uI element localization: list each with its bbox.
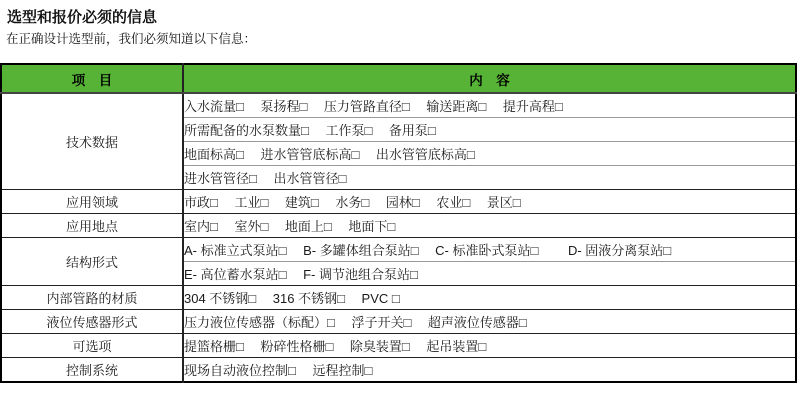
header-cell-item: 项 目 (1, 64, 183, 93)
content-line: 进水管管径□ 出水管管径□ (183, 166, 796, 190)
content-line: 所需配备的水泵数量□ 工作泵□ 备用泵□ (183, 118, 796, 142)
table-row: 液位传感器形式 压力液位传感器（标配）□ 浮子开关□ 超声液位传感器□ (1, 310, 796, 334)
row-label-application-site: 应用地点 (1, 214, 183, 238)
header-cell-content: 内 容 (183, 64, 796, 93)
content-line: 地面标高□ 进水管管底标高□ 出水管管底标高□ (183, 142, 796, 166)
row-label-technical-data: 技术数据 (1, 93, 183, 190)
row-label-internal-pipe-material: 内部管路的材质 (1, 286, 183, 310)
table-row: 应用地点 室内□ 室外□ 地面上□ 地面下□ (1, 214, 796, 238)
content-line: 提篮格栅□ 粉碎性格栅□ 除臭装置□ 起吊装置□ (183, 334, 796, 358)
content-line: 压力液位传感器（标配）□ 浮子开关□ 超声液位传感器□ (183, 310, 796, 334)
table-header-row: 项 目 内 容 (1, 64, 796, 93)
content-line: 室内□ 室外□ 地面上□ 地面下□ (183, 214, 796, 238)
page-title: 选型和报价必须的信息 (7, 6, 800, 27)
content-line: A- 标准立式泵站□ B- 多罐体组合泵站□ C- 标准卧式泵站□ D- 固液分… (183, 238, 796, 262)
table-row: 控制系统 现场自动液位控制□ 远程控制□ (1, 358, 796, 383)
row-label-control-system: 控制系统 (1, 358, 183, 383)
table-row: 应用领域 市政□ 工业□ 建筑□ 水务□ 园林□ 农业□ 景区□ (1, 190, 796, 214)
page-subtitle: 在正确设计选型前，我们必须知道以下信息： (6, 29, 800, 47)
content-line: 市政□ 工业□ 建筑□ 水务□ 园林□ 农业□ 景区□ (183, 190, 796, 214)
row-label-structure-type: 结构形式 (1, 238, 183, 286)
table-row: 技术数据 入水流量□ 泵扬程□ 压力管路直径□ 输送距离□ 提升高程□ (1, 93, 796, 118)
selection-info-table: 项 目 内 容 技术数据 入水流量□ 泵扬程□ 压力管路直径□ 输送距离□ 提升… (0, 63, 797, 383)
content-line: 现场自动液位控制□ 远程控制□ (183, 358, 796, 383)
content-line: E- 高位蓄水泵站□ F- 调节池组合泵站□ (183, 262, 796, 286)
row-label-options: 可选项 (1, 334, 183, 358)
table-row: 可选项 提篮格栅□ 粉碎性格栅□ 除臭装置□ 起吊装置□ (1, 334, 796, 358)
table-row: 结构形式 A- 标准立式泵站□ B- 多罐体组合泵站□ C- 标准卧式泵站□ D… (1, 238, 796, 262)
content-line: 入水流量□ 泵扬程□ 压力管路直径□ 输送距离□ 提升高程□ (183, 93, 796, 118)
row-label-application-field: 应用领域 (1, 190, 183, 214)
table-row: 内部管路的材质 304 不锈钢□ 316 不锈钢□ PVC □ (1, 286, 796, 310)
content-line: 304 不锈钢□ 316 不锈钢□ PVC □ (183, 286, 796, 310)
page: 选型和报价必须的信息 在正确设计选型前，我们必须知道以下信息： 项 目 内 容 … (0, 0, 800, 397)
row-label-level-sensor-type: 液位传感器形式 (1, 310, 183, 334)
